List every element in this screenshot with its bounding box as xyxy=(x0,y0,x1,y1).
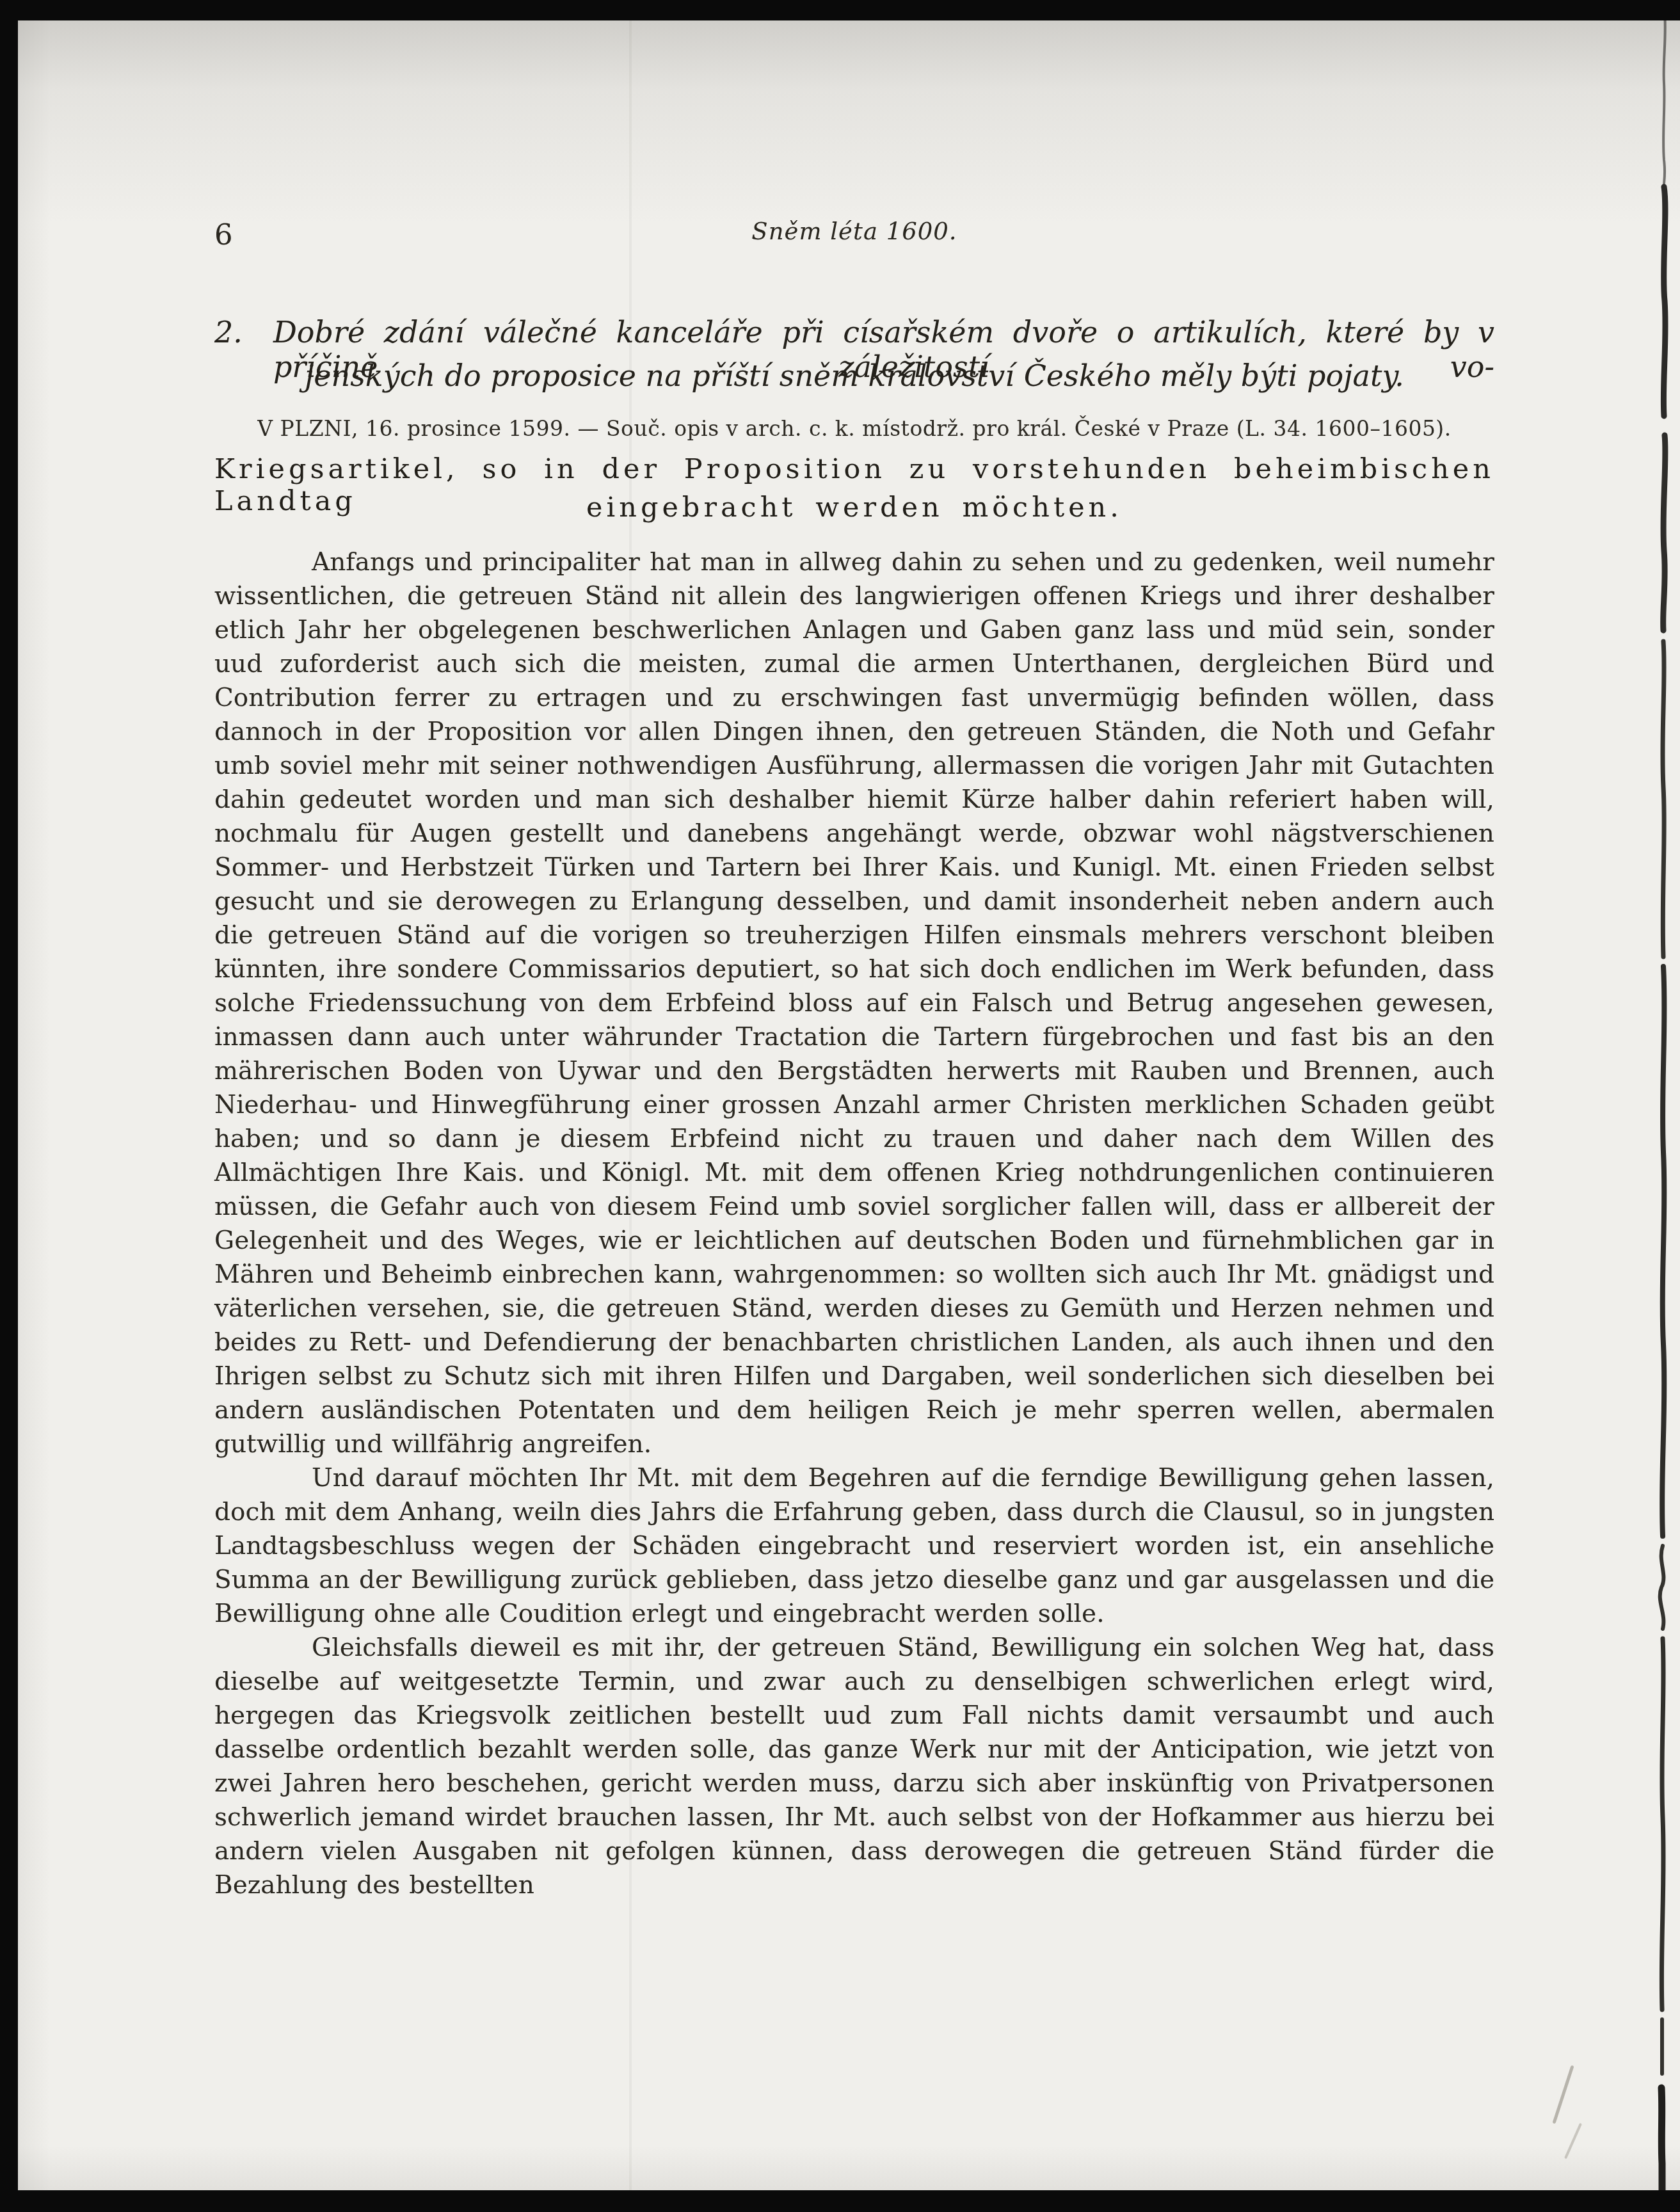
section-number: 2. xyxy=(214,315,243,349)
dateline: V PLZNI, 16. prosince 1599. — Souč. opis… xyxy=(214,416,1494,441)
running-header: Sněm léta 1600. xyxy=(214,218,1494,245)
page-header: 6 Sněm léta 1600. xyxy=(214,218,1494,256)
section-title-line2: jenských do proposice na příští sněm krá… xyxy=(214,358,1494,393)
paragraph: Gleichsfalls dieweil es mit ihr, der get… xyxy=(214,1631,1494,1902)
page-edge-scan-artifact xyxy=(1638,0,1680,2212)
scanner-edge-bottom xyxy=(0,2190,1680,2212)
paragraph: Und darauf möchten Ihr Mt. mit dem Begeh… xyxy=(214,1461,1494,1631)
paragraph: Anfangs und principaliter hat man in all… xyxy=(214,545,1494,1461)
article-body: Anfangs und principaliter hat man in all… xyxy=(214,545,1494,1902)
german-heading-line2: eingebracht werden möchten. xyxy=(214,492,1494,524)
scanner-edge-left xyxy=(0,0,18,2212)
paper: 6 Sněm léta 1600. 2. Dobré zdání válečné… xyxy=(18,20,1680,2190)
page-number: 6 xyxy=(214,218,233,252)
scanned-page: 6 Sněm léta 1600. 2. Dobré zdání válečné… xyxy=(0,0,1680,2212)
scanner-edge-top xyxy=(0,0,1680,20)
